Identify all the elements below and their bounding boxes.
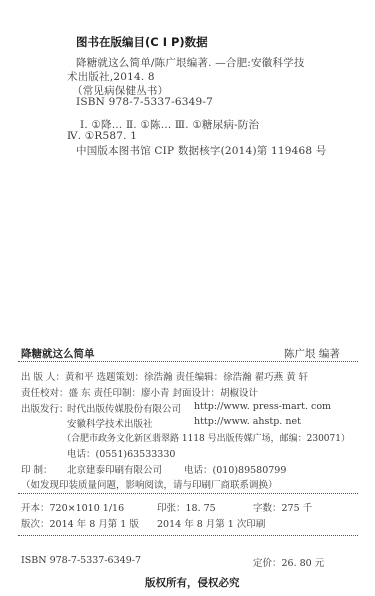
publisher-url-1[interactable]: http://www. press-mart. com: [194, 401, 331, 412]
divider-middle: [18, 493, 358, 494]
printer-note: （如发现印装质量问题，影响阅读，请与印刷厂商联系调换）: [21, 477, 278, 491]
spec-format: 开本：720×1010 1/16: [21, 500, 124, 514]
publisher-address: （合肥市政务文化新区翡翠路 1118 号出版传媒广场，邮编：230071）: [62, 431, 350, 444]
cip-library-record: 中国版本图书馆 CIP 数据核字(2014)第 119468 号: [76, 143, 327, 158]
divider-top: [18, 361, 358, 362]
spec-printing: 2014 年 8 月第 1 次印刷: [157, 516, 265, 530]
staff-line-1: 出 版 人：黄和平 选题策划：徐浩瀚 责任编辑：徐浩瀚 翟巧燕 黄 轩: [21, 369, 308, 383]
printer-name: 北京建泰印刷有限公司: [67, 462, 162, 476]
spec-edition: 版次：2014 年 8 月第 1 版: [21, 516, 139, 530]
cip-classification-2: Ⅳ. ①R587. 1: [67, 130, 137, 142]
copyright-notice: 版权所有，侵权必究: [145, 575, 240, 590]
publisher-phone: 电话：(0551)63533330: [67, 446, 175, 460]
divider-bottom: [18, 535, 358, 536]
spec-words: 字数：275 千: [253, 500, 312, 514]
publisher-label: 出版发行：: [21, 401, 69, 415]
publisher-url-2[interactable]: http://www. ahstp. net: [194, 416, 301, 427]
cip-line-publisher: 术出版社,2014. 8: [67, 69, 155, 84]
printer-phone: 电话：(010)89580799: [184, 462, 286, 476]
spec-sheets: 印张：18. 75: [157, 500, 216, 514]
staff-line-2: 责任校对：盛 东 责任印制：廖小青 封面设计：胡椒设计: [21, 385, 258, 399]
publisher-name-1: 时代出版传媒股份有限公司: [67, 401, 181, 415]
author-credit: 陈广垠 编著: [284, 346, 340, 361]
cip-line-isbn: ISBN 978-7-5337-6349-7: [76, 96, 213, 108]
publisher-name-2: 安徽科学技术出版社: [67, 416, 153, 430]
cip-heading: 图书在版编目(C I P)数据: [76, 34, 208, 50]
printer-label: 印 制：: [21, 462, 53, 476]
cip-line-title: 降糖就这么简单/陈广垠编著. —合肥:安徽科学技: [76, 55, 305, 70]
book-title: 降糖就这么简单: [21, 346, 95, 361]
price: 定价：26. 80 元: [253, 555, 324, 569]
isbn: ISBN 978-7-5337-6349-7: [21, 555, 141, 566]
